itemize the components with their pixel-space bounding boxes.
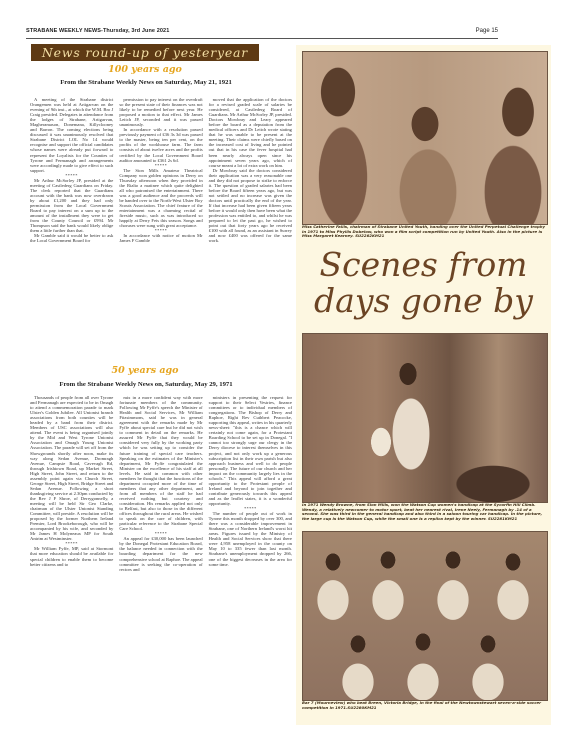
article-column: Thousands of people from all over Tyrone…	[30, 395, 113, 695]
masthead: STRABANE WEEKLY NEWS-Thursday, 3rd June …	[26, 28, 498, 39]
section-banner: News round-up of yesteryear	[31, 44, 259, 61]
publication-dateline: STRABANE WEEKLY NEWS-Thursday, 3rd June …	[26, 28, 169, 34]
article-columns-1971: Thousands of people from all over Tyrone…	[30, 395, 292, 695]
article-paragraph: mix in a more confident way with more fo…	[119, 395, 202, 531]
article-paragraph: The number of people out of work in Tyro…	[209, 511, 292, 567]
sidebar-title-line1: Scenes from	[296, 247, 551, 283]
article-paragraph: Dr Mowbray said the doctors considered t…	[209, 168, 292, 244]
subhead-1921: From the Strabane Weekly News on Saturda…	[28, 79, 264, 86]
woman-with-cups-photo	[302, 333, 548, 503]
article-paragraph: Mr William Fyffe, MP, said at Stormont t…	[30, 546, 113, 566]
article-column: moved that the application of the doctor…	[209, 97, 292, 359]
article-paragraph: In accordance with notice of motion Mr J…	[119, 233, 202, 243]
article-paragraph: Mr Arthur McSorley JP, presided at the m…	[30, 178, 113, 234]
era-heading-50-years: 50 years ago	[30, 365, 260, 376]
sidebar-title-line2: days gone by	[296, 283, 551, 319]
photo-caption: Bar 7 (Mourneview) who beat Breen, Victo…	[302, 701, 546, 710]
article-column: permission to pay interest on the overdr…	[119, 97, 202, 359]
scenes-sidebar: Miss Catherine Fallis, chairman of Strab…	[296, 45, 551, 725]
three-girls-trophy-photo	[302, 51, 548, 225]
photo-caption: Miss Catherine Fallis, chairman of Strab…	[302, 225, 546, 239]
soccer-team-photo	[302, 531, 548, 701]
article-column: mix in a more confident way with more fo…	[119, 395, 202, 695]
article-paragraph: In accordance with a resolution passed p…	[119, 127, 202, 162]
subhead-1971: From the Strabane Weekly News on, Saturd…	[28, 381, 264, 388]
article-columns-1921: A meeting of the Strabane district Orang…	[30, 97, 292, 359]
article-paragraph: Mr Gamble said it would be better to ask…	[30, 233, 113, 243]
banner-title: News round-up of yesteryear	[31, 44, 259, 61]
photo-caption: In 1971 Wendy Browne, from Sion Mills, w…	[302, 503, 546, 521]
page-number: Page 15	[476, 28, 498, 34]
article-paragraph: A meeting of the Strabane district Orang…	[30, 97, 113, 173]
article-paragraph: The Sion Mills Amateur Theatrical Compan…	[119, 168, 202, 229]
article-paragraph: ministers in presenting the request for …	[209, 395, 292, 506]
article-paragraph: permission to pay interest on the overdr…	[119, 97, 202, 127]
article-column: A meeting of the Strabane district Orang…	[30, 97, 113, 359]
article-paragraph: An appeal for £30,000 has been launched …	[119, 536, 202, 571]
article-paragraph: Thousands of people from all over Tyrone…	[30, 395, 113, 541]
article-column: ministers in presenting the request for …	[209, 395, 292, 695]
article-paragraph: moved that the application of the doctor…	[209, 97, 292, 168]
era-heading-100-years: 100 years ago	[30, 64, 260, 75]
